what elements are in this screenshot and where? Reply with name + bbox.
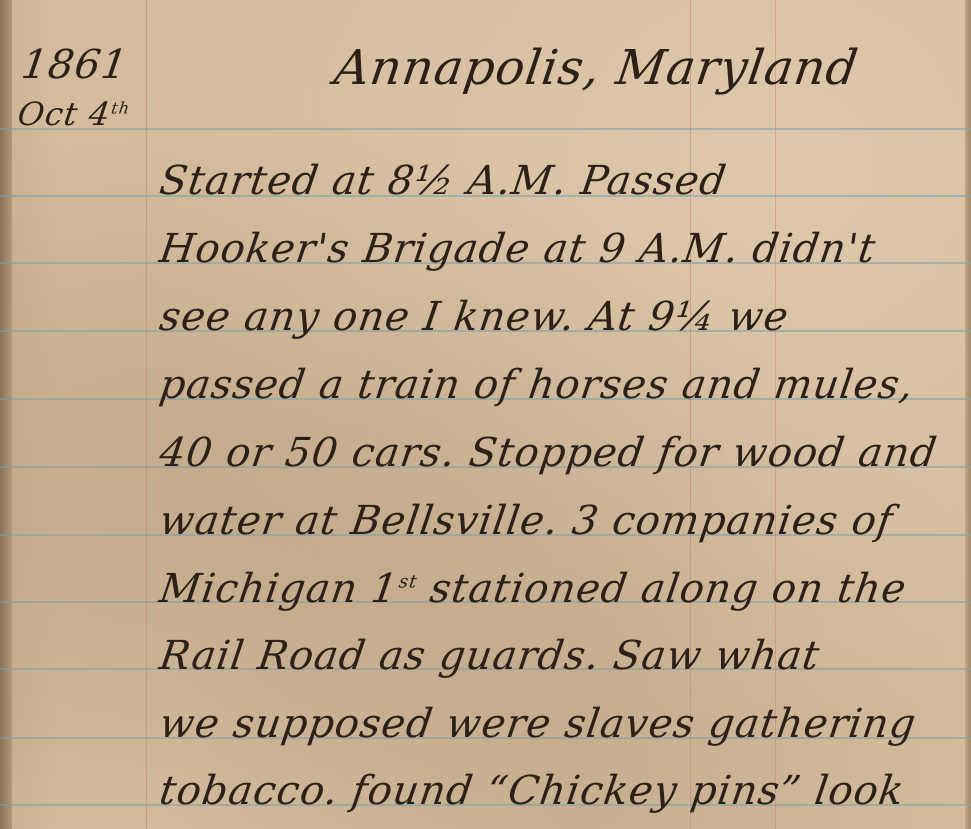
page-right-edge (965, 0, 971, 829)
diary-line-text: stationed along on the (413, 566, 909, 612)
date-day-suffix: th (110, 98, 131, 117)
diary-line: water at Bellsville. 3 companies of (157, 498, 896, 544)
diary-line: passed a train of horses and mules, (157, 362, 917, 408)
page-binding-edge (0, 0, 12, 829)
margin-line-left (146, 0, 147, 829)
ruled-line (0, 128, 971, 130)
diary-line: Michigan 1st stationed along on the (157, 566, 910, 612)
diary-line: Started at 8½ A.M. Passed (157, 158, 730, 204)
diary-line: Rail Road as guards. Saw what (157, 633, 823, 679)
page-heading: Annapolis, Maryland (331, 40, 862, 96)
date-day-text: Oct 4 (15, 95, 113, 133)
date-day: Oct 4th (15, 95, 132, 133)
diary-line: 40 or 50 cars. Stopped for wood and (157, 430, 940, 476)
diary-line: Hooker's Brigade at 9 A.M. didn't (157, 226, 879, 272)
diary-line: see any one I knew. At 9¼ we (157, 294, 792, 340)
date-year: 1861 (19, 42, 131, 88)
diary-page: 1861 Oct 4th Annapolis, Maryland Started… (0, 0, 971, 829)
diary-line: tobacco. found “Chickey pins” look (157, 768, 908, 814)
diary-line: we supposed were slaves gathering (157, 701, 920, 747)
diary-line-text: Michigan 1 (157, 566, 402, 612)
